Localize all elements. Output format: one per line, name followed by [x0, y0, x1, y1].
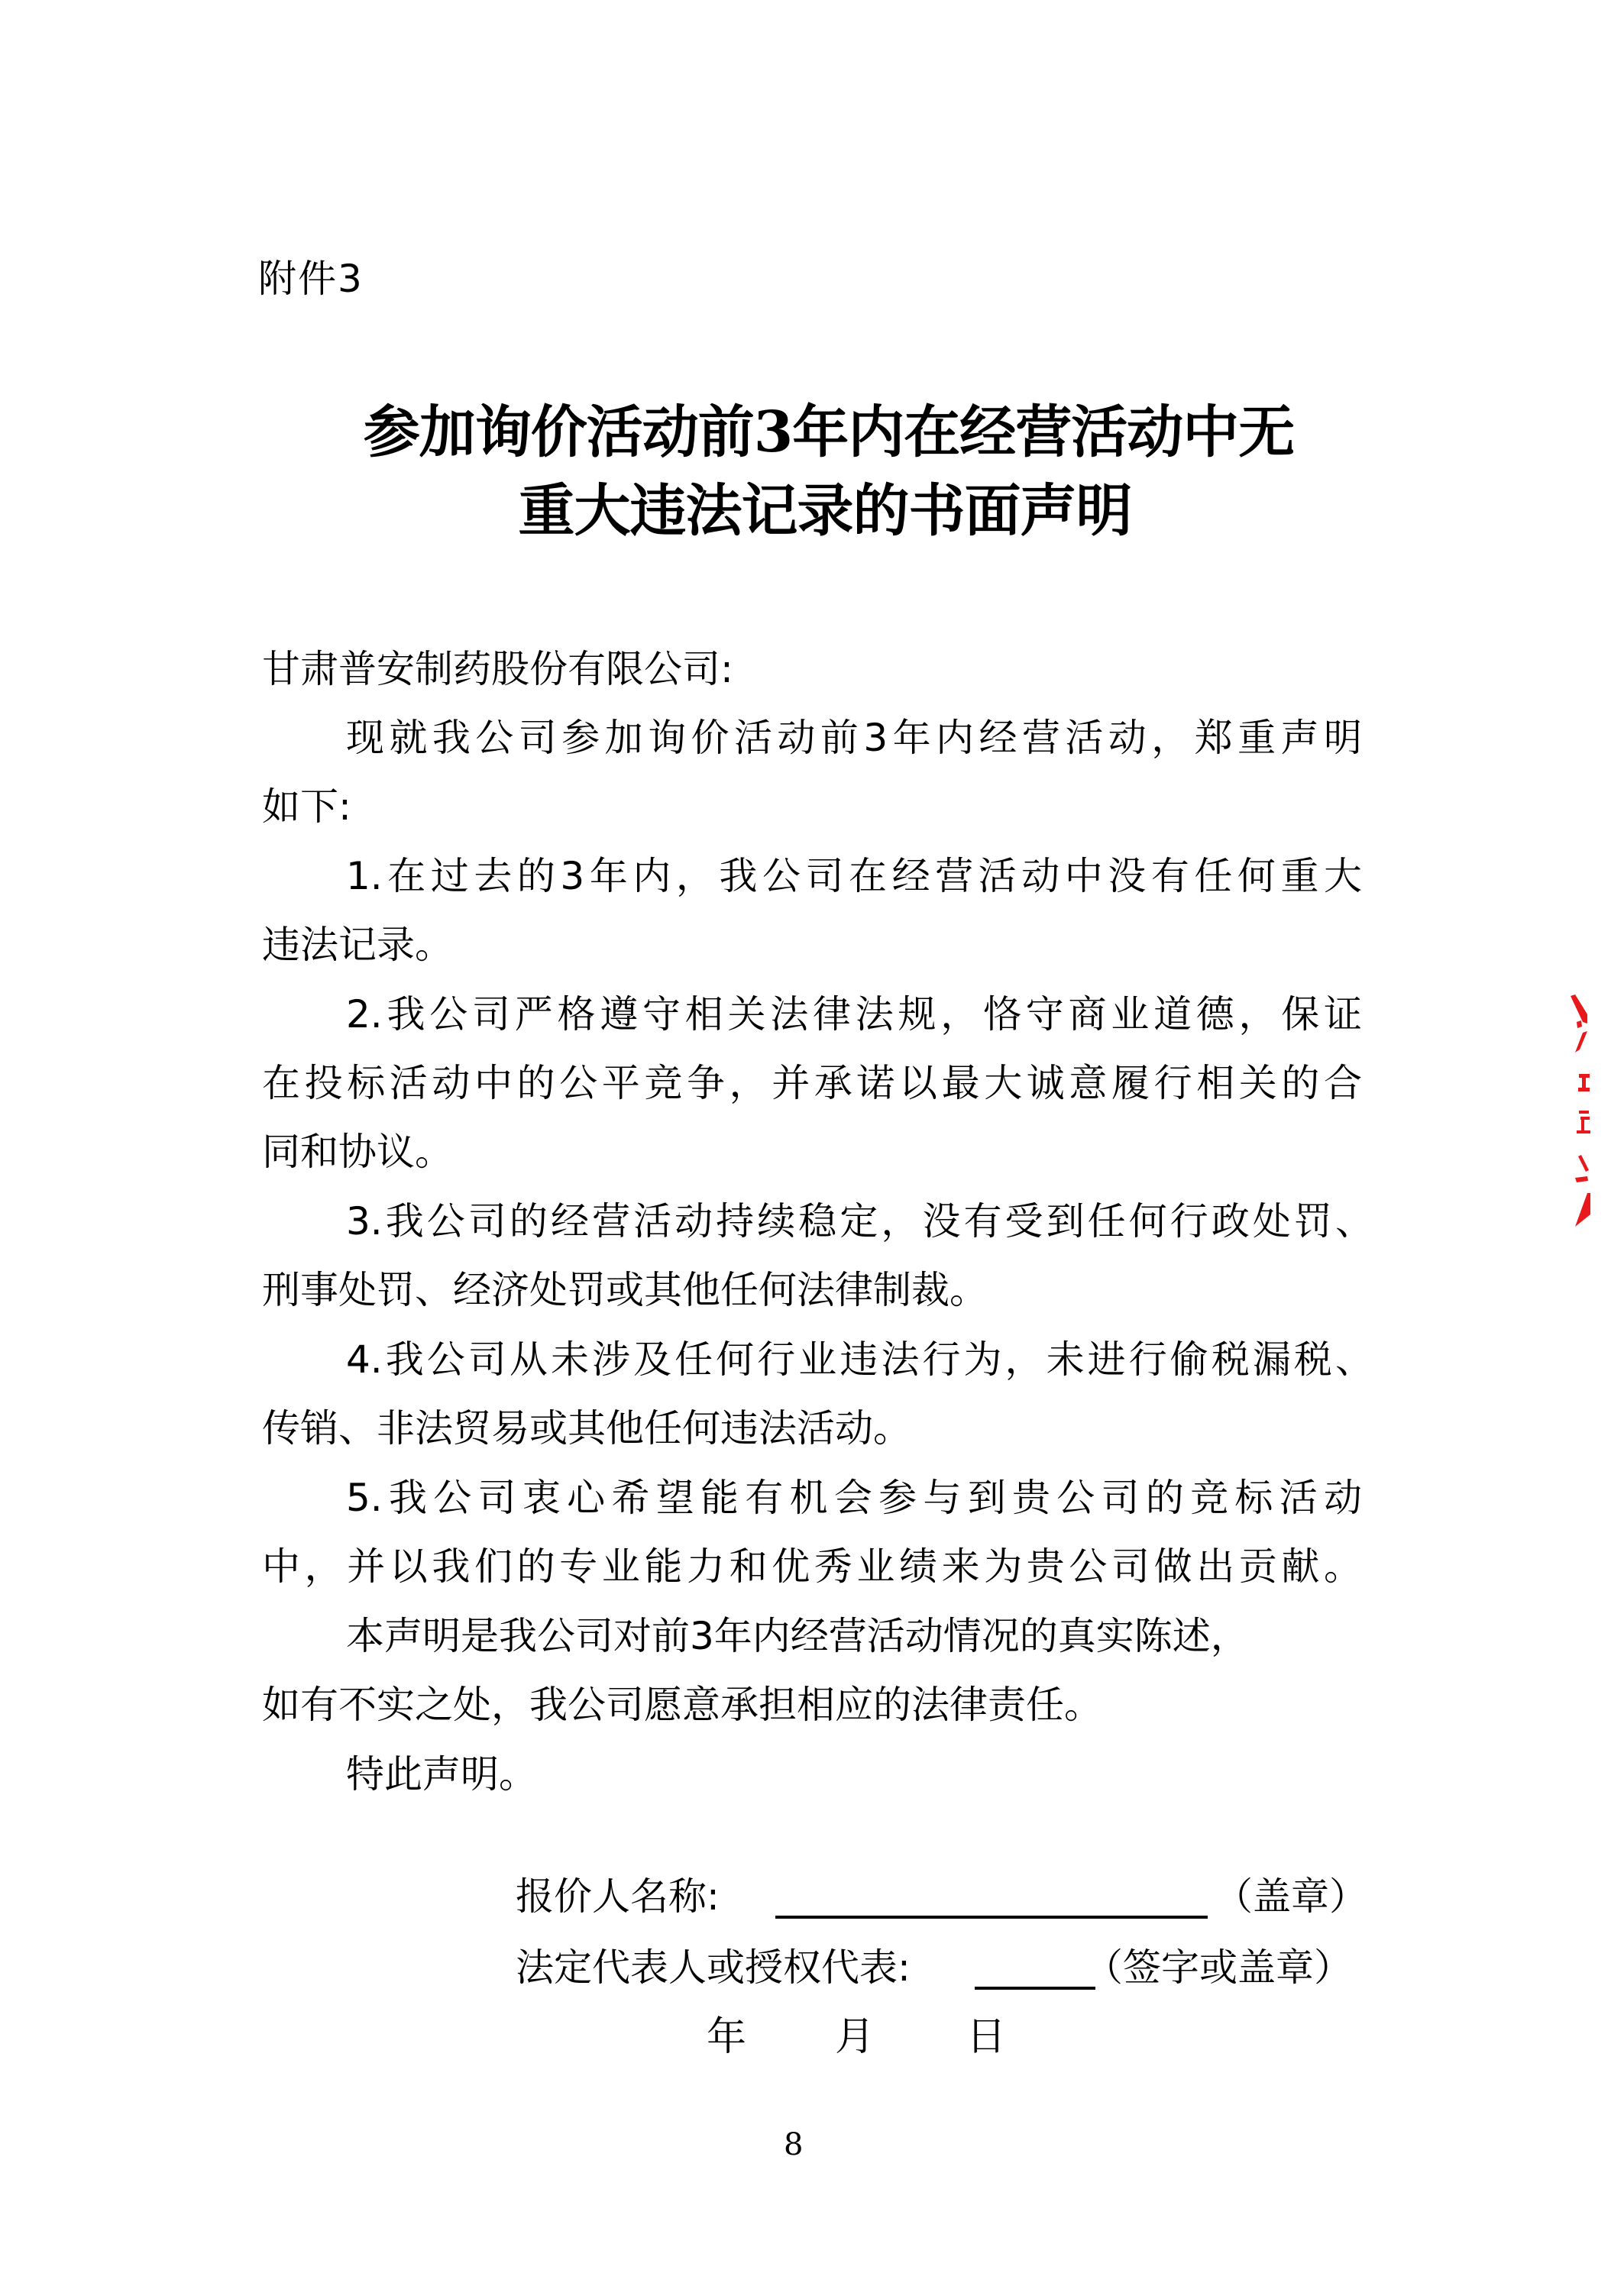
item-3-line-1: 3.我公司的经营活动持续稳定，没有受到任何行政处罚、	[346, 1187, 1373, 1256]
date-year-label: 年	[707, 2010, 746, 2064]
document-title-line-2: 重大违法记录的书面声明	[474, 473, 1176, 549]
item-5-line-1: 5.我公司衷心希望能有机会参与到贵公司的竞标活动	[346, 1463, 1362, 1532]
addressee: 甘肃普安制药股份有限公司:	[262, 635, 733, 703]
date-month-label: 月	[835, 2010, 875, 2064]
date-day-label: 日	[966, 2010, 1006, 2064]
item-3-line-2: 刑事处罚、经济处罚或其他任何法律制裁。	[262, 1256, 988, 1324]
item-1-line-2: 违法记录。	[262, 910, 453, 979]
bidder-name-stamp-note: （盖章）	[1215, 1870, 1367, 1923]
document-title-line-1: 参加询价活动前3年内在经营活动中无	[321, 394, 1337, 471]
intro-paragraph-line-2: 如下:	[262, 772, 351, 841]
item-5-line-2: 中，并以我们的专业能力和优秀业绩来为贵公司做出贡献。	[262, 1532, 1362, 1601]
item-4-line-1: 4.我公司从未涉及任何行业违法行为，未进行偷税漏税、	[346, 1325, 1373, 1394]
page-number: 8	[784, 2123, 803, 2166]
closing-paragraph-line-2: 如有不实之处，我公司愿意承担相应的法律责任。	[262, 1670, 1102, 1739]
closing-paragraph-line-1: 本声明是我公司对前3年内经营活动情况的真实陈述，	[346, 1602, 1249, 1670]
item-1-line-1: 1.在过去的3年内，我公司在经营活动中没有任何重大	[346, 842, 1362, 910]
item-2-line-3: 同和协议。	[262, 1117, 453, 1186]
representative-sign-note: （签字或盖章）	[1085, 1941, 1352, 1994]
document-page: 附件3 参加询价活动前3年内在经营活动中无 重大违法记录的书面声明 甘肃普安制药…	[0, 0, 1624, 2296]
attachment-label: 附件3	[258, 256, 364, 302]
item-2-line-1: 2.我公司严格遵守相关法律法规，恪守商业道德，保证	[346, 980, 1362, 1049]
representative-signature-field[interactable]	[975, 1987, 1095, 1990]
representative-label: 法定代表人或授权代表:	[516, 1941, 911, 1994]
item-2-line-2: 在投标活动中的公平竞争，并承诺以最大诚意履行相关的合	[262, 1049, 1362, 1117]
bidder-name-label: 报价人名称:	[516, 1870, 720, 1923]
seal-stamp-fragment-icon	[1567, 993, 1598, 1237]
declaration-closing: 特此声明。	[346, 1740, 537, 1809]
bidder-name-field[interactable]	[775, 1916, 1208, 1919]
item-4-line-2: 传销、非法贸易或其他任何违法活动。	[262, 1394, 911, 1463]
intro-paragraph-line-1: 现就我公司参加询价活动前3年内经营活动，郑重声明	[346, 703, 1362, 772]
